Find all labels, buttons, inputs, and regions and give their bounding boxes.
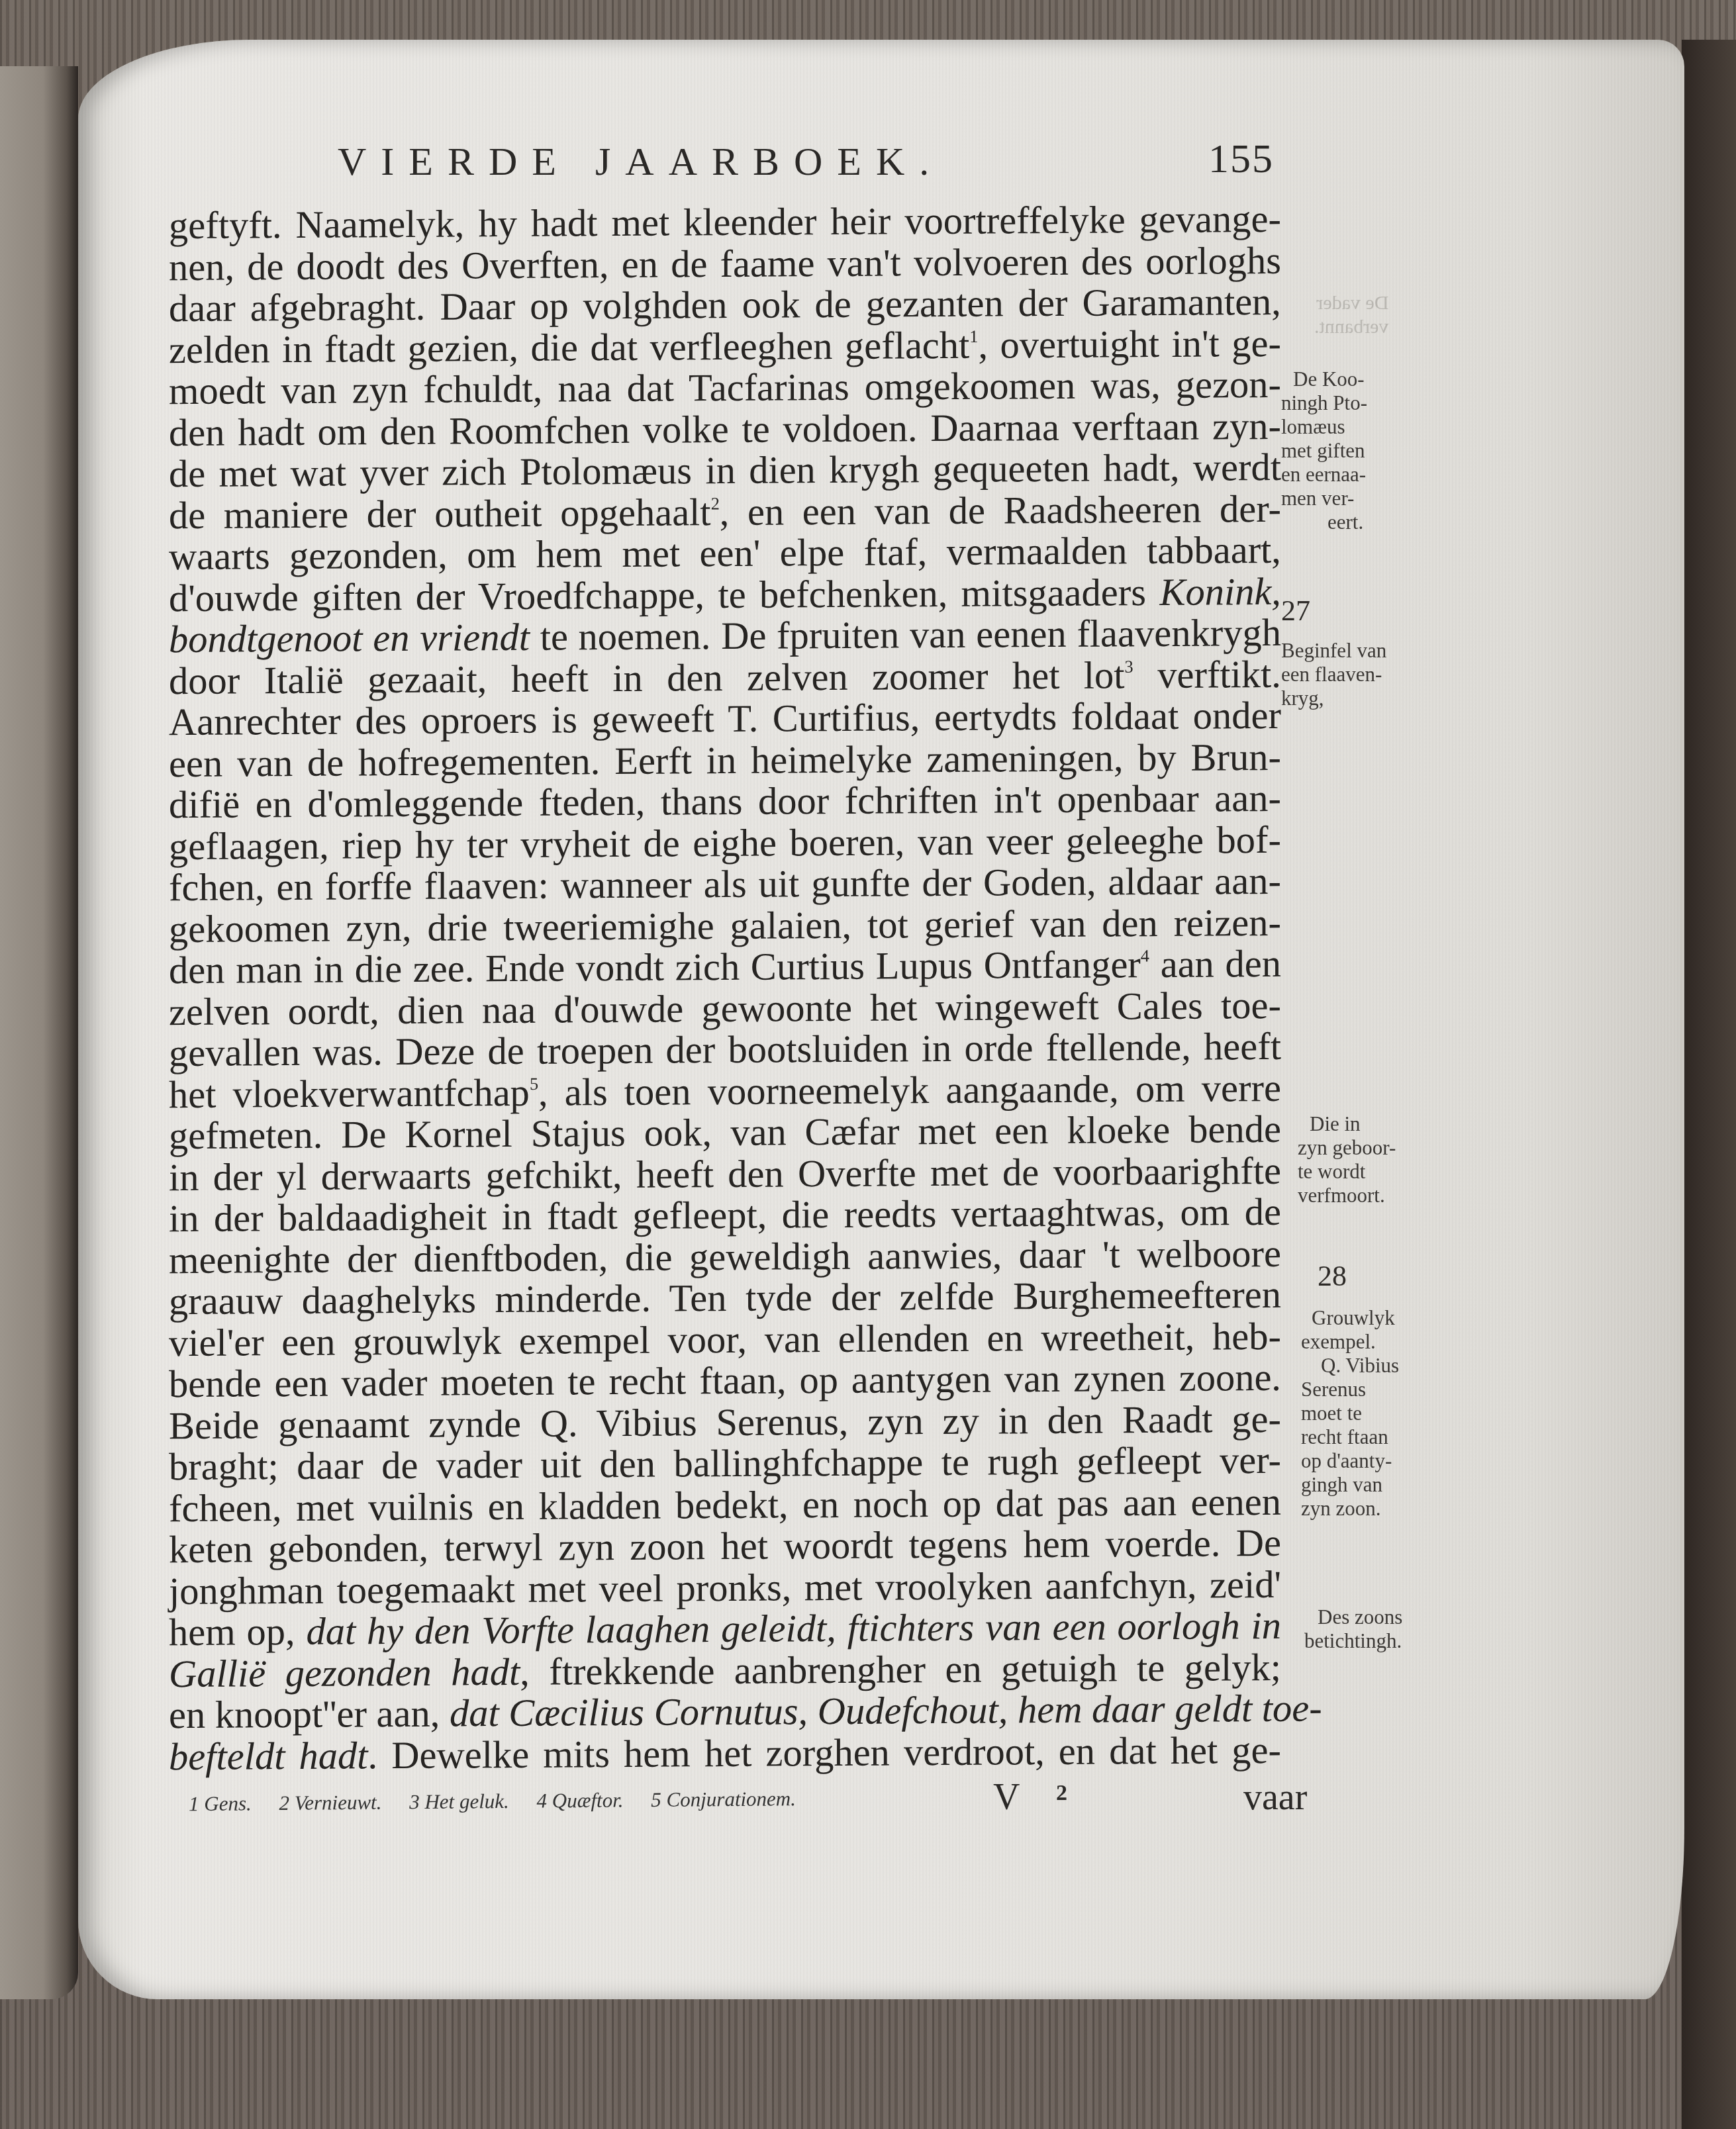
margin-note: Des zoons betichtingh. [1304, 1605, 1457, 1653]
note-line: men ver- [1281, 487, 1433, 510]
ghost-line: verbannt. [1314, 315, 1388, 339]
note-line: De Koo- [1281, 367, 1433, 391]
margin-note: Die in zyn geboor- te wordt verfmoort. [1298, 1112, 1450, 1207]
text-run: , overtuight in't ge- [979, 321, 1282, 366]
margin-note: Beginfel van een flaaven- kryg, [1281, 639, 1433, 710]
footnote-marker: 5 [530, 1074, 538, 1094]
margin-note: De Koo- ningh Pto- lomæus met giften en … [1281, 367, 1433, 534]
note-line: zyn geboor- [1298, 1136, 1450, 1160]
text-run: het vloekverwantfchap [169, 1070, 530, 1115]
text-run: de maniere der outheit opgehaalt [169, 491, 711, 537]
italic-run: dat Cæcilius Cornutus, Oudefchout, hem d… [450, 1686, 1322, 1734]
page-number: 155 [1208, 136, 1274, 183]
note-line: moet te [1301, 1401, 1453, 1425]
italic-run: Konink, [1159, 569, 1281, 613]
left-page-edge [0, 66, 78, 1999]
note-line: op d'aanty- [1301, 1449, 1453, 1473]
note-line: eert. [1281, 510, 1433, 534]
note-line: te wordt [1298, 1160, 1450, 1184]
text-run: verftikt. [1133, 652, 1281, 696]
note-line: Q. Vibius [1301, 1354, 1453, 1378]
note-line: Grouwlyk [1301, 1306, 1453, 1330]
note-line: verfmoort. [1298, 1184, 1450, 1207]
text-run: hem op, [169, 1610, 295, 1654]
text-run: en knoopt''er aan, [169, 1692, 440, 1737]
show-through-text: De vader verbannt. [1314, 291, 1388, 339]
note-line: exempel. [1301, 1330, 1453, 1354]
note-line: en eernaa- [1281, 463, 1433, 487]
text-run: , als toen voorneemelyk aangaande, om ve… [538, 1066, 1281, 1113]
note-line: Die in [1298, 1112, 1450, 1136]
italic-run: bondtgenoot en vriendt [169, 616, 530, 661]
note-line: Beginfel van [1281, 639, 1433, 663]
italic-run: befteldt hadt [169, 1734, 368, 1778]
ghost-line: De vader [1314, 291, 1388, 315]
footnote: 5 Conjurationem. [651, 1787, 796, 1811]
footnote: 1 Gens. [189, 1791, 252, 1815]
text-run: , ftrekkende aanbrengher en getuigh te g… [520, 1645, 1281, 1693]
text-line: befteldt hadt. Dewelke mits hem het zorg… [169, 1729, 1281, 1777]
text-run: , en een van de Raadsheeren der- [720, 487, 1281, 533]
margin-note: Grouwlyk exempel. [1301, 1306, 1453, 1354]
footnote: 2 Vernieuwt. [279, 1791, 381, 1815]
text-run: door Italië gezaait, heeft in den zelven… [169, 653, 1125, 702]
note-line: betichtingh. [1304, 1629, 1457, 1653]
footnote: 4 Quæftor. [537, 1788, 624, 1812]
footnote: 3 Het geluk. [409, 1789, 509, 1813]
note-line: recht ftaan [1301, 1425, 1453, 1449]
footnote-marker: 4 [1141, 946, 1149, 965]
book-cover-edge [1682, 40, 1736, 2129]
margin-note: Q. Vibius Serenus moet te recht ftaan op… [1301, 1354, 1453, 1521]
signature-number: 2 [1056, 1781, 1067, 1806]
section-number: 27 [1281, 599, 1310, 623]
footnote-marker: 2 [711, 494, 720, 513]
note-line: zyn zoon. [1301, 1497, 1453, 1521]
text-run: aan den [1149, 942, 1281, 986]
note-line: met giften [1281, 439, 1433, 463]
note-line: ningh Pto- [1281, 391, 1433, 415]
note-line: lomæus [1281, 415, 1433, 439]
note-line: kryg, [1281, 686, 1433, 710]
note-line: Des zoons [1304, 1605, 1457, 1629]
italic-run: Gallië gezonden hadt [169, 1650, 520, 1695]
signature-mark: V [993, 1776, 1020, 1819]
catchword: vaar [1243, 1776, 1307, 1819]
note-line: een flaaven- [1281, 663, 1433, 686]
footnote-marker: 1 [969, 326, 978, 346]
text-run: te noemen. De fpruiten van eenen flaaven… [530, 611, 1281, 659]
section-number: 28 [1318, 1264, 1347, 1288]
footnote-marker: 3 [1125, 657, 1133, 676]
body-text: geftyft. Naamelyk, hy hadt met kleender … [169, 199, 1281, 1777]
text-run: zelden in ftadt gezien, die dat verfleeg… [169, 323, 969, 371]
note-line: gingh van [1301, 1473, 1453, 1497]
note-line: Serenus [1301, 1378, 1453, 1401]
text-run: . Dewelke mits hem het zorghen verdroot,… [368, 1728, 1281, 1776]
running-head: VIERDE JAARBOEK. [338, 139, 1318, 185]
